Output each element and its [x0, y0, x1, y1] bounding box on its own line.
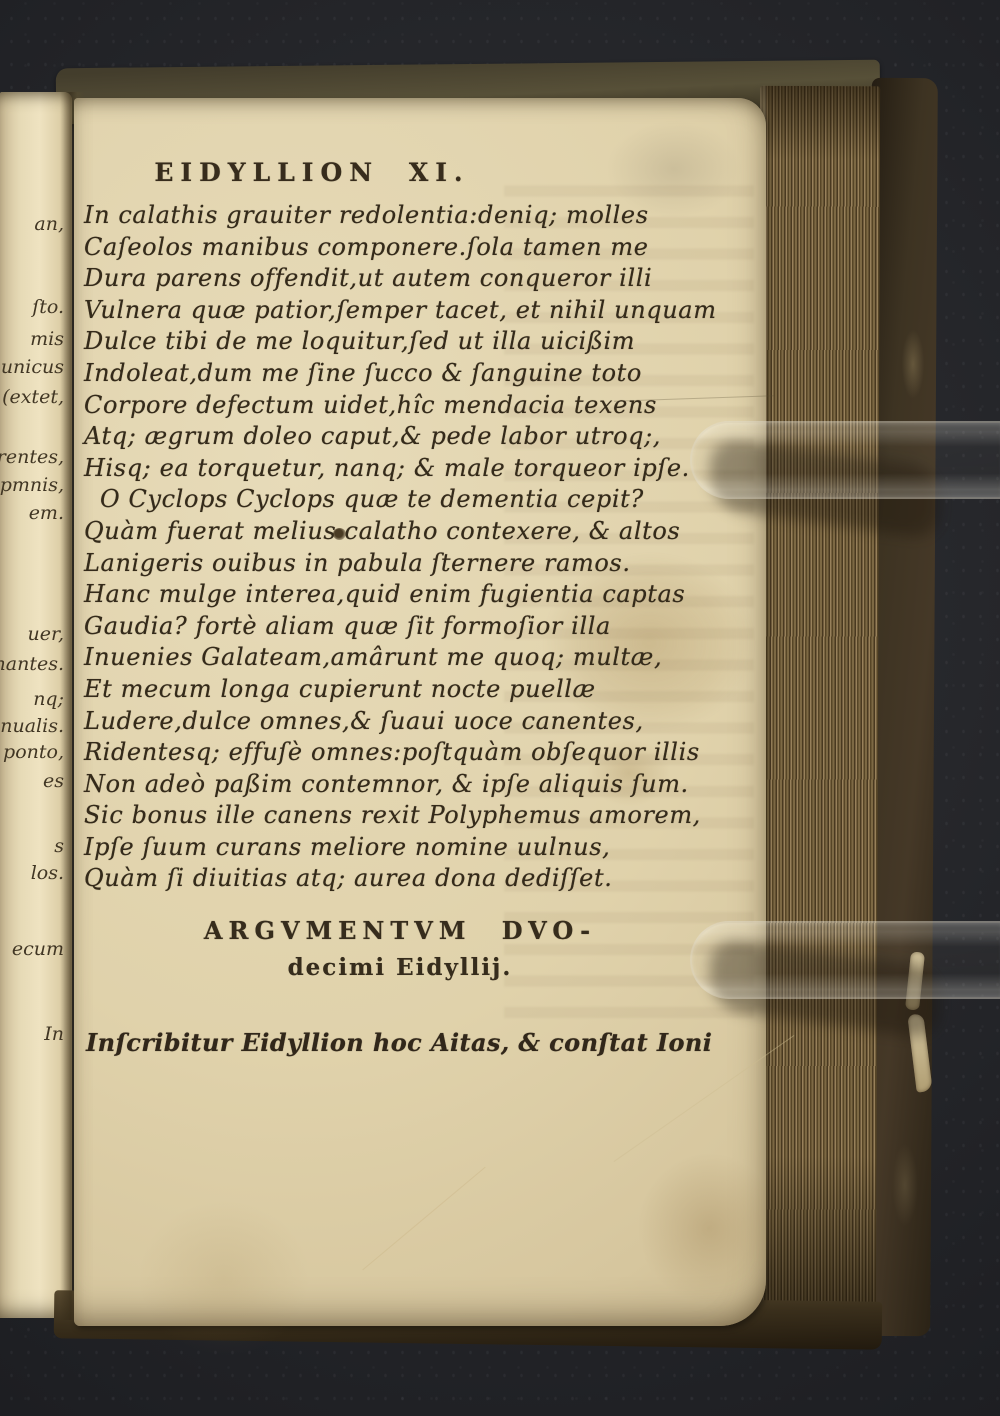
- verse-line: Hanc mulge interea,quid enim fugientia c…: [84, 579, 717, 611]
- verse-line: Non adeò paßim contemnor, & ipſe aliquis…: [84, 769, 717, 801]
- argumentum-heading-line2: decimi Eidyllij.: [74, 954, 726, 981]
- marginal-text-fragment: (extet,: [2, 388, 64, 407]
- verse-line: Caſeolos manibus componere.ſola tamen me: [84, 232, 717, 264]
- verse-line: Hisq; ea torquetur, nanq; & male torqueo…: [84, 453, 717, 485]
- marginal-text-fragment: ponto,: [3, 743, 64, 762]
- verse-line: Corpore defectum uidet,hîc mendacia texe…: [84, 390, 717, 422]
- marginal-text-fragment: nualis.: [0, 717, 64, 736]
- paper-crease: [362, 1167, 485, 1271]
- marginal-text-fragment: ecum: [12, 940, 64, 959]
- marginal-text-fragment: uer,: [27, 625, 64, 644]
- marginal-text-fragment: nantes.: [0, 655, 64, 674]
- verse-line: Vulnera quæ patior,ſemper tacet, et nihi…: [84, 295, 717, 327]
- marginal-text-fragment: rentes,: [0, 448, 64, 467]
- verse-line: Dura parens offendit,ut autem conqueror …: [84, 263, 717, 295]
- page-holder-clip-bottom: [690, 921, 1000, 999]
- argumentum-heading: ARGVMENTVM DVO- decimi Eidyllij.: [74, 916, 726, 981]
- verse-line: Ipſe ſuum curans meliore nomine uulnus,: [84, 832, 717, 864]
- argumentum-inscription: Inſcribitur Eidyllion hoc Aitas, & conſt…: [86, 1028, 712, 1057]
- page-holder-clip-top: [690, 421, 1000, 499]
- verse-line: In calathis grauiter redolentia:deniq; m…: [84, 200, 717, 232]
- verse-line: Gaudia? fortè aliam quæ ſit formoſior il…: [84, 611, 717, 643]
- verse-line: Quàm ſi diuitias atq; aurea dona dediſſe…: [84, 863, 717, 895]
- marginal-text-fragment: pmnis,: [0, 476, 64, 495]
- verse-line: O Cyclops Cyclops quæ te dementia cepit?: [84, 484, 717, 516]
- verse-line: Et mecum longa cupierunt nocte puellæ: [84, 674, 717, 706]
- ink-blot: [333, 528, 346, 540]
- verse-line: Ludere,dulce omnes,& ſuaui uoce canentes…: [84, 706, 717, 738]
- book-fore-edge-pages: [756, 86, 880, 1330]
- marginal-text-fragment: em.: [29, 504, 64, 523]
- page-stain: [114, 1178, 334, 1378]
- page-header: EIDYLLION XI.: [102, 158, 522, 187]
- argumentum-heading-line1: ARGVMENTVM DVO-: [74, 916, 726, 945]
- open-book-photograph: an, ſto. mis unicus (extet, rentes, pmni…: [0, 0, 1000, 1416]
- cover-wear-patch: [898, 318, 928, 410]
- book-page: EIDYLLION XI. In calathis grauiter redol…: [74, 98, 766, 1326]
- verse-line: Sic bonus ille canens rexit Polyphemus a…: [84, 800, 717, 832]
- verse-line: Ridentesq; effuſè omnes:poſtquàm obſequo…: [84, 737, 717, 769]
- verse-line: Lanigeris ouibus in pabula ſternere ramo…: [84, 548, 717, 580]
- verse-line: Quàm fuerat melius calatho contexere, & …: [84, 516, 717, 548]
- verse-line: Dulce tibi de me loquitur,ſed ut illa ui…: [84, 326, 717, 358]
- verse-block: In calathis grauiter redolentia:deniq; m…: [84, 200, 717, 895]
- verse-line: Atq; ægrum doleo caput,& pede labor utro…: [84, 421, 717, 453]
- verse-line: Indoleat,dum me ſine ſucco & ſanguine to…: [84, 358, 717, 390]
- verse-line: Inuenies Galateam,amârunt me quoq; multæ…: [84, 642, 717, 674]
- marginal-text-fragment: mis: [30, 330, 64, 349]
- marginal-text-fragment: los.: [31, 864, 64, 883]
- marginal-text-fragment: unicus: [1, 358, 64, 377]
- cover-wear-patch: [888, 1130, 922, 1240]
